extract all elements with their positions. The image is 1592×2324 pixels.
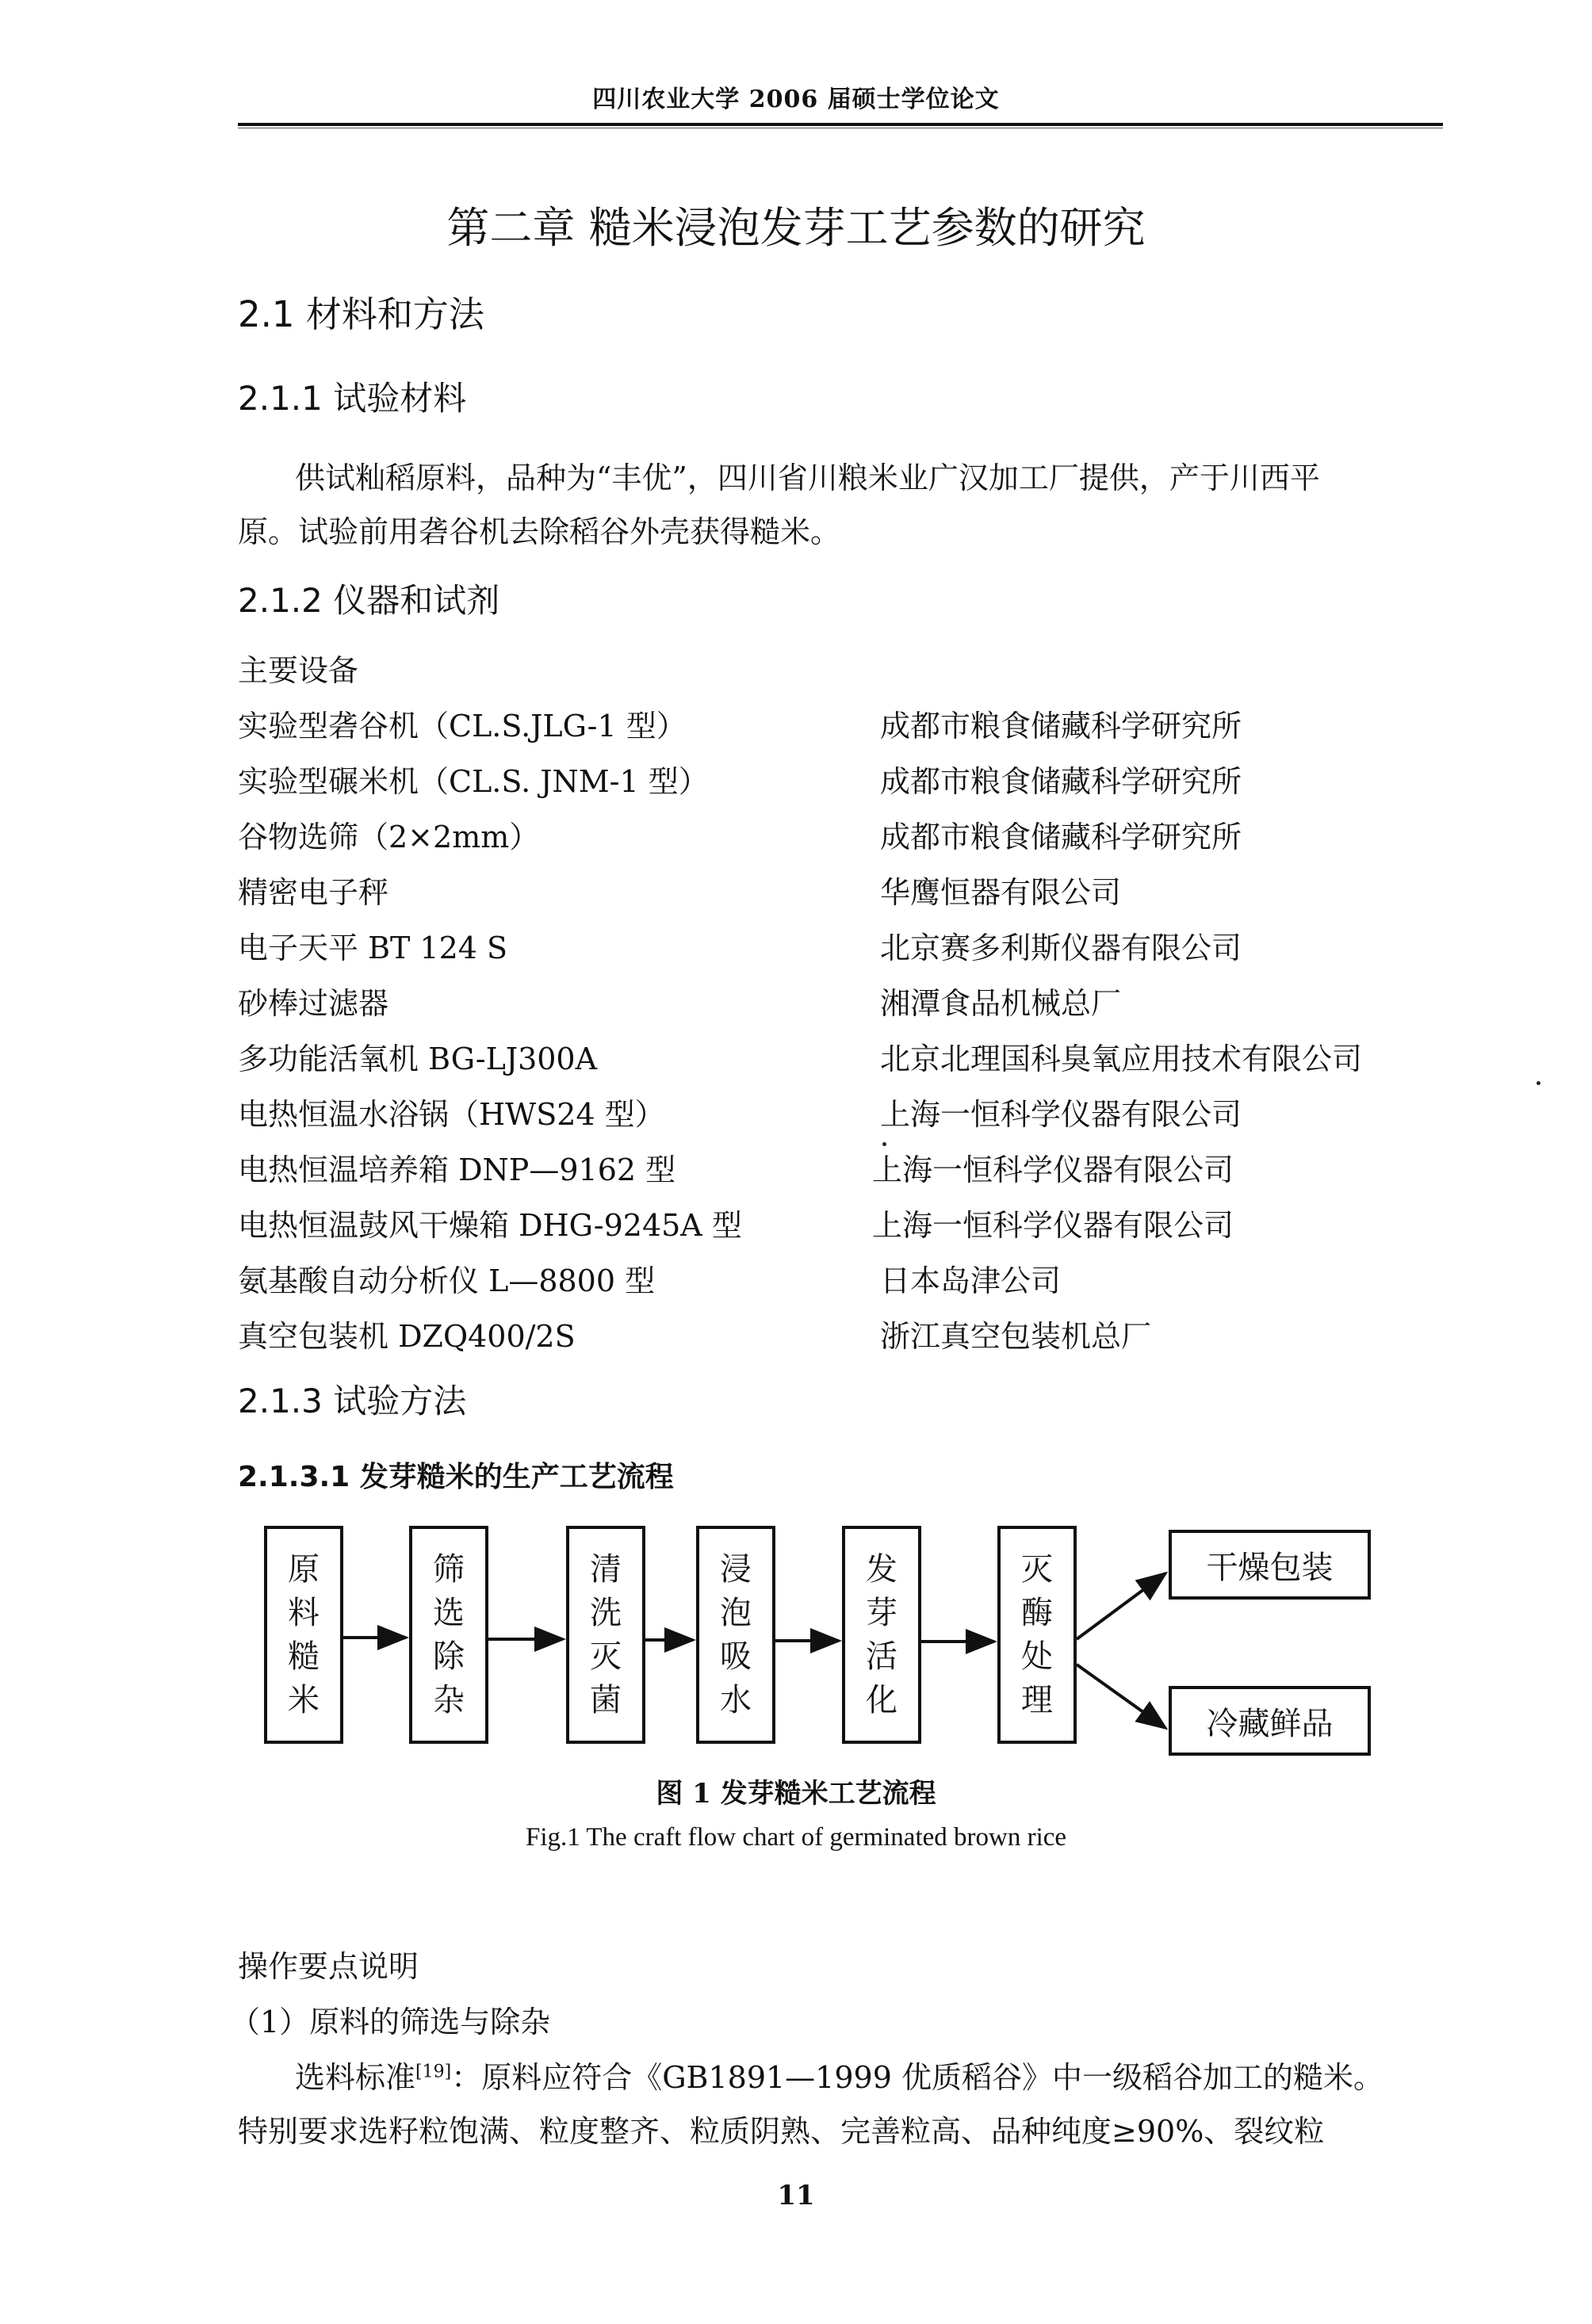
scan-speck — [1537, 1081, 1540, 1085]
citation-ref: [19] — [415, 2062, 451, 2081]
arrow-icon — [1077, 1665, 1165, 1728]
notes-item-1-line-2: 特别要求选籽粒饱满、粒度整齐、粒质阴熟、完善粒高、品种纯度≥90%、裂纹粒 — [238, 2107, 1324, 2150]
notes-item-1-heading: （1）原料的筛选与除杂 — [230, 1997, 550, 2041]
notes-heading: 操作要点说明 — [238, 1942, 419, 1986]
figure-caption-en: Fig.1 The craft flow chart of germinated… — [0, 1823, 1592, 1852]
figure-caption-zh: 图 1 发芽糙米工艺流程 — [0, 1772, 1592, 1810]
notes-item-1-line-1: 选料标准[19]：原料应符合《GB1891—1999 优质稻谷》中一级稻谷加工的… — [295, 2053, 1383, 2097]
text: 选料标准 — [295, 2060, 415, 2095]
text: ：原料应符合《GB1891—1999 优质稻谷》中一级稻谷加工的糙米。 — [451, 2060, 1383, 2095]
page-number: 11 — [0, 2180, 1592, 2211]
arrow-icon — [1077, 1573, 1165, 1639]
scan-speck — [882, 1142, 886, 1146]
